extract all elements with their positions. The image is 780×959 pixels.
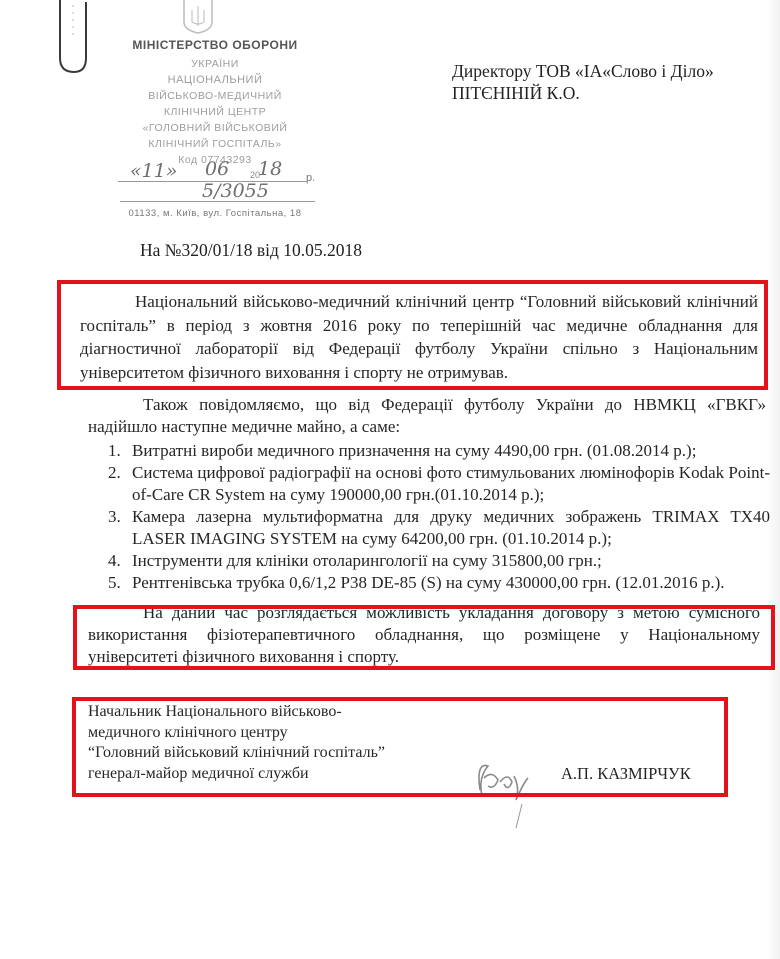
paragraph-2-text: Також повідомляємо, що від Федерації фут…: [88, 395, 766, 436]
stamp-year-mark: р.: [306, 172, 315, 184]
stamp-line: КЛІНІЧНИЙ ГОСПІТАЛЬ»: [110, 138, 320, 150]
stamp-line: УКРАЇНИ: [110, 58, 320, 70]
stamp-line: МІНІСТЕРСТВО ОБОРОНИ: [110, 38, 320, 52]
list-item-number: 3.: [108, 506, 121, 528]
highlight-box-paragraph-1: [57, 280, 768, 390]
highlight-box-signature: [72, 697, 728, 797]
list-item-number: 5.: [108, 572, 121, 594]
addressee-line-2: ПІТЄНІНІЙ К.О.: [452, 82, 714, 104]
list-item: 5.Рентгенівська трубка 0,6/1,2 Р38 DE-85…: [108, 572, 770, 594]
list-item: 3.Камера лазерна мультиформатна для друк…: [108, 506, 770, 550]
stamp-rule: [120, 201, 315, 202]
stamp-line: КЛІНІЧНИЙ ЦЕНТР: [110, 106, 320, 118]
addressee-line-1: Директору ТОВ «ІА«Слово і Діло»: [452, 60, 714, 82]
list-item-number: 2.: [108, 462, 121, 484]
stamp-day: «11»: [130, 160, 177, 182]
stamp-number: 5/3055: [202, 180, 269, 202]
list-item-text: Витратні вироби медичного призначення на…: [132, 441, 696, 460]
list-item-text: Інструменти для клініки отоларингології …: [132, 551, 602, 570]
reference-line: На №320/01/18 від 10.05.2018: [140, 240, 362, 261]
highlight-box-paragraph-3: [73, 605, 775, 670]
paragraph-2: Також повідомляємо, що від Федерації фут…: [88, 394, 766, 438]
list-item-number: 4.: [108, 550, 121, 572]
official-stamp: МІНІСТЕРСТВО ОБОРОНИ УКРАЇНИ НАЦІОНАЛЬНИ…: [110, 0, 320, 225]
addressee-block: Директору ТОВ «ІА«Слово і Діло» ПІТЄНІНІ…: [452, 60, 714, 104]
list-item-text: Система цифрової радіографії на основі ф…: [132, 463, 770, 504]
stamp-line: ВІЙСЬКОВО-МЕДИЧНИЙ: [110, 90, 320, 102]
list-item: 1.Витратні вироби медичного призначення …: [108, 440, 770, 462]
equipment-list: 1.Витратні вироби медичного призначення …: [108, 440, 770, 594]
paperclip-icon: [52, 0, 92, 76]
stamp-line: «ГОЛОВНИЙ ВІЙСЬКОВИЙ: [110, 122, 320, 134]
stamp-address: 01133, м. Київ, вул. Госпітальна, 18: [110, 208, 320, 219]
list-item-text: Камера лазерна мультиформатна для друку …: [132, 507, 770, 548]
list-item-text: Рентгенівська трубка 0,6/1,2 Р38 DE-85 (…: [132, 573, 725, 592]
list-item: 2.Система цифрової радіографії на основі…: [108, 462, 770, 506]
list-item-number: 1.: [108, 440, 121, 462]
stamp-year: 18: [258, 158, 282, 180]
list-item: 4.Інструменти для клініки отоларингологі…: [108, 550, 770, 572]
coat-of-arms-icon: [178, 0, 218, 34]
stamp-line: НАЦІОНАЛЬНИЙ: [110, 74, 320, 86]
stamp-month: 06: [205, 158, 229, 180]
